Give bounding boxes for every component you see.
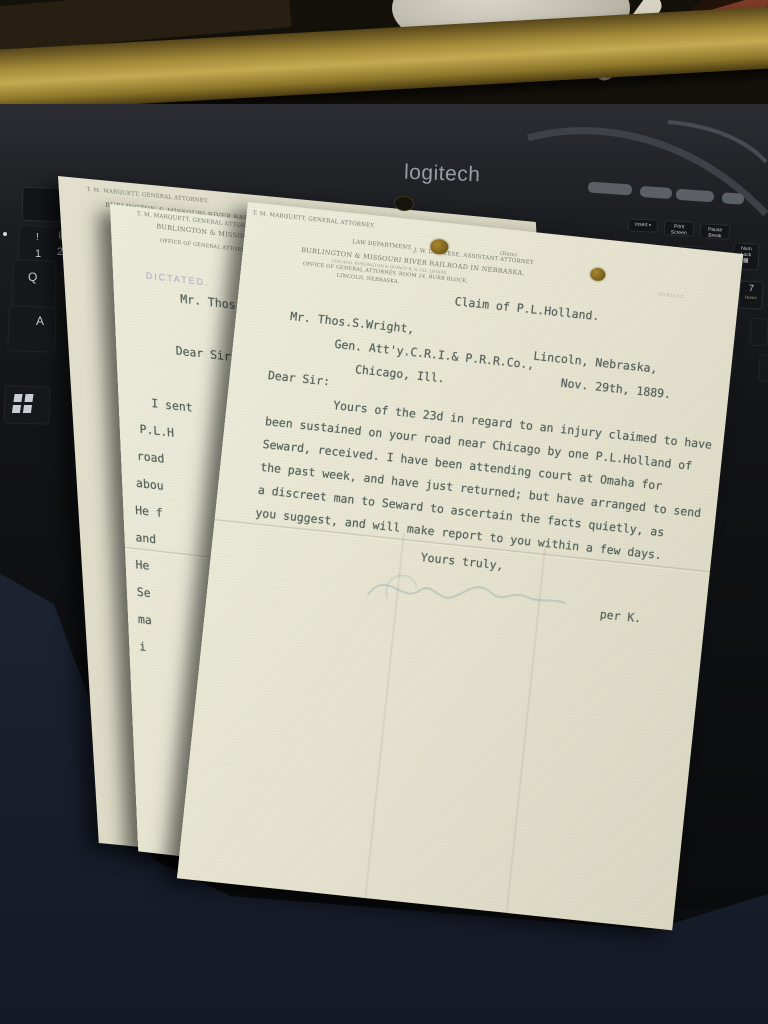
recipient-name: Mr. Thos.S.Wright, bbox=[290, 309, 415, 336]
middle-salutation: Dear Sir: bbox=[175, 343, 238, 364]
key-windows bbox=[3, 385, 50, 425]
key-1-label: 1 bbox=[35, 248, 41, 260]
key-7-label: 7 bbox=[740, 281, 763, 295]
signed-per: per K. bbox=[599, 607, 642, 625]
dictated-stamp: DICTATED. bbox=[146, 270, 210, 287]
key-7-home-label: Home bbox=[740, 294, 762, 300]
media-key bbox=[722, 192, 745, 205]
media-key bbox=[640, 186, 673, 199]
insert-icon: ▾ bbox=[649, 222, 651, 227]
key-1-shift-label: ! bbox=[36, 232, 39, 243]
middle-body-line: He bbox=[135, 557, 149, 573]
middle-body-line: abou bbox=[136, 476, 164, 493]
middle-body-line: Se bbox=[136, 584, 150, 600]
letter-sheet-front: T. M. MARQUETT, GENERAL ATTORNEY. LAW DE… bbox=[177, 202, 743, 930]
middle-body-line: and bbox=[135, 530, 156, 547]
dateline-place: Lincoln, Nebraska, bbox=[533, 349, 658, 376]
middle-body-line: i bbox=[139, 639, 147, 654]
key-insert: Insert ▾ bbox=[628, 218, 659, 233]
middle-body-line: P.L.H bbox=[139, 422, 174, 440]
photo-stage: logitech Insert ▾ Print Screen Pause Bre… bbox=[0, 0, 768, 1024]
key-print-screen: Print Screen bbox=[664, 220, 695, 237]
brass-grommet bbox=[590, 267, 606, 281]
key-q-label: Q bbox=[28, 270, 37, 284]
key-insert-label: Insert bbox=[635, 222, 648, 229]
key-q bbox=[11, 259, 57, 309]
key-a bbox=[7, 305, 57, 353]
letterhead-department: LAW DEPARTMENT, bbox=[352, 239, 412, 251]
key-numpad-7: 7 Home bbox=[738, 280, 763, 309]
dateline-date: Nov. 29th, 1889. bbox=[560, 376, 672, 402]
middle-body-line: I sent bbox=[151, 396, 193, 415]
letterhead-attorney-left: T. M. MARQUETT, GENERAL ATTORNEY. bbox=[253, 211, 376, 230]
key-a-label: A bbox=[36, 314, 44, 328]
middle-body-line: ma bbox=[138, 612, 152, 628]
reflection-speck bbox=[3, 232, 7, 236]
key-unlabeled bbox=[759, 354, 768, 382]
key-unlabeled bbox=[750, 318, 768, 347]
salutation: Dear Sir: bbox=[267, 368, 330, 388]
windows-logo-icon bbox=[13, 394, 22, 402]
middle-body-line: road bbox=[136, 449, 164, 466]
middle-body-line: He f bbox=[135, 503, 163, 520]
logitech-logo: logitech bbox=[404, 161, 481, 188]
recipient-city: Chicago, Ill. bbox=[354, 362, 445, 385]
key-pause-break: Pause Break bbox=[700, 223, 731, 240]
subject-label: SUBJECT bbox=[658, 291, 684, 299]
claim-line: Claim of P.L.Holland. bbox=[454, 294, 600, 323]
